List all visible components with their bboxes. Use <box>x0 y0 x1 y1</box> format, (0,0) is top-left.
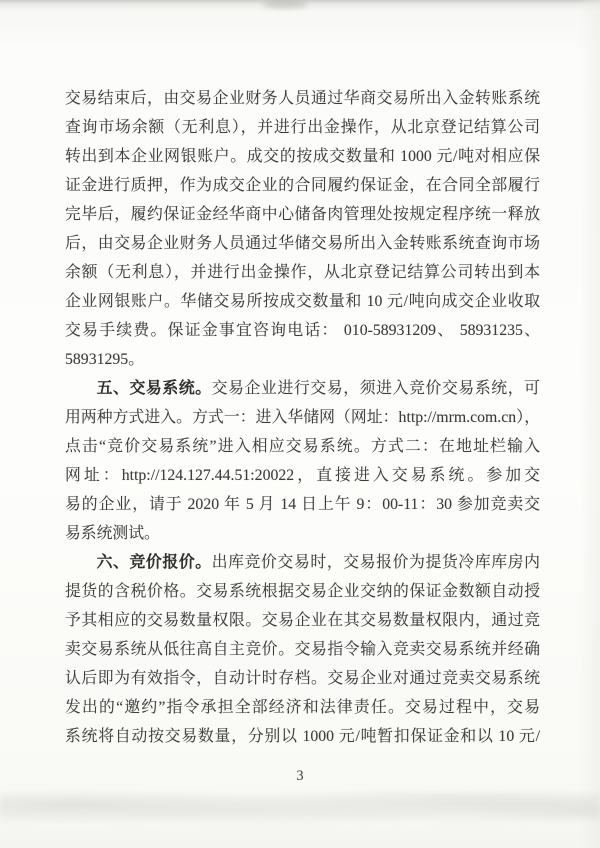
line-text: 证金进行质押，作为成交企业的合同履约保证金，在合同全部履行 <box>65 177 540 194</box>
line-text: 交易手续费。保证金事宜咨询电话： 010-58931209、 58931235、 <box>65 322 540 339</box>
doc-line: 系统将自动按交易数量，分别以 1000 元/吨暂扣保证金和以 10 元/ <box>65 722 540 751</box>
scan-artifact-bottom-smudge <box>0 792 600 822</box>
document-page: 交易结束后，由交易企业财务人员通过华商交易所出入金转账系统 查询市场余额（无利息… <box>0 0 600 848</box>
doc-line: 转出到本企业网银账户。成交的按成交数量和 1000 元/吨对相应保 <box>65 142 540 171</box>
doc-line-section-5: 五、交易系统。交易企业进行交易，须进入竞价交易系统，可 <box>65 374 540 403</box>
doc-line: 提货的含税价格。交易系统根据交易企业交纳的保证金数额自动授 <box>65 577 540 606</box>
doc-line: 企业网银账户。华储交易所按成交数量和 10 元/吨向成交企业收取 <box>65 287 540 316</box>
doc-line: 后，由交易企业财务人员通过华储交易所出入金转账系统查询市场 <box>65 229 540 258</box>
line-text: 用两种方式进入。方式一：进入华储网（网址：http://mrm.com.cn）， <box>65 409 540 426</box>
line-text: 卖交易系统从低往高自主竞价。交易指令输入竞卖交易系统并经确 <box>65 641 540 658</box>
line-text: 余额（无利息），并进行出金操作，从北京登记结算公司转出到本 <box>65 264 540 281</box>
scan-artifact-right-edge <box>578 0 600 848</box>
line-text: 完毕后，履约保证金经华商中心储备肉管理处按规定程序统一释放 <box>65 206 540 223</box>
line-text: 后，由交易企业财务人员通过华储交易所出入金转账系统查询市场 <box>65 235 540 252</box>
line-text: 交易企业进行交易，须进入竞价交易系统，可 <box>212 380 540 397</box>
doc-line: 予其相应的交易数量权限。交易企业在其交易数量权限内，通过竞 <box>65 606 540 635</box>
doc-line: 交易手续费。保证金事宜咨询电话： 010-58931209、 58931235、 <box>65 316 540 345</box>
doc-line: 交易结束后，由交易企业财务人员通过华商交易所出入金转账系统 <box>65 84 540 113</box>
doc-line-section-6: 六、竞价报价。出库竞价交易时，交易报价为提货冷库库房内 <box>65 548 540 577</box>
doc-line: 易的企业，请于 2020 年 5 月 14 日上午 9：00-11：30 参加竞… <box>65 490 540 519</box>
doc-line: 余额（无利息），并进行出金操作，从北京登记结算公司转出到本 <box>65 258 540 287</box>
doc-line: 发出的“邀约”指令承担全部经济和法律责任。交易过程中，交易 <box>65 693 540 722</box>
doc-line: 认后即为有效指令，自动计时存档。交易企业对通过竞卖交易系统 <box>65 664 540 693</box>
line-text: 网址：http://124.127.44.51:20022，直接进入交易系统。参… <box>65 467 540 484</box>
doc-line: 网址：http://124.127.44.51:20022，直接进入交易系统。参… <box>65 461 540 490</box>
line-text: 58931295。 <box>65 351 144 368</box>
line-text: 发出的“邀约”指令承担全部经济和法律责任。交易过程中，交易 <box>65 699 540 716</box>
line-text: 出库竞价交易时，交易报价为提货冷库库房内 <box>212 554 540 571</box>
doc-line: 易系统测试。 <box>65 519 540 548</box>
line-text: 转出到本企业网银账户。成交的按成交数量和 1000 元/吨对相应保 <box>65 148 540 165</box>
line-text: 提货的含税价格。交易系统根据交易企业交纳的保证金数额自动授 <box>65 583 540 600</box>
line-text: 认后即为有效指令，自动计时存档。交易企业对通过竞卖交易系统 <box>65 670 540 687</box>
doc-line: 查询市场余额（无利息），并进行出金操作，从北京登记结算公司 <box>65 113 540 142</box>
doc-line: 点击“竞价交易系统”进入相应交易系统。方式二：在地址栏输入 <box>65 432 540 461</box>
line-text: 系统将自动按交易数量，分别以 1000 元/吨暂扣保证金和以 10 元/ <box>65 728 540 745</box>
doc-line: 完毕后，履约保证金经华商中心储备肉管理处按规定程序统一释放 <box>65 200 540 229</box>
section-heading: 五、交易系统。 <box>97 380 212 397</box>
line-text: 查询市场余额（无利息），并进行出金操作，从北京登记结算公司 <box>65 119 540 136</box>
doc-line: 卖交易系统从低往高自主竞价。交易指令输入竞卖交易系统并经确 <box>65 635 540 664</box>
line-text: 易系统测试。 <box>65 525 160 542</box>
line-text: 易的企业，请于 2020 年 5 月 14 日上午 9：00-11：30 参加竞… <box>65 496 540 513</box>
line-text: 企业网银账户。华储交易所按成交数量和 10 元/吨向成交企业收取 <box>65 293 540 310</box>
scan-artifact-top-smudge <box>262 0 308 8</box>
doc-line: 用两种方式进入。方式一：进入华储网（网址：http://mrm.com.cn）， <box>65 403 540 432</box>
doc-line: 58931295。 <box>65 345 540 374</box>
line-text: 交易结束后，由交易企业财务人员通过华商交易所出入金转账系统 <box>65 90 540 107</box>
line-text: 予其相应的交易数量权限。交易企业在其交易数量权限内，通过竞 <box>65 612 540 629</box>
line-text: 点击“竞价交易系统”进入相应交易系统。方式二：在地址栏输入 <box>65 438 540 455</box>
page-number: 3 <box>0 768 600 785</box>
document-text-block: 交易结束后，由交易企业财务人员通过华商交易所出入金转账系统 查询市场余额（无利息… <box>65 84 540 751</box>
doc-line: 证金进行质押，作为成交企业的合同履约保证金，在合同全部履行 <box>65 171 540 200</box>
section-heading: 六、竞价报价。 <box>97 554 212 571</box>
